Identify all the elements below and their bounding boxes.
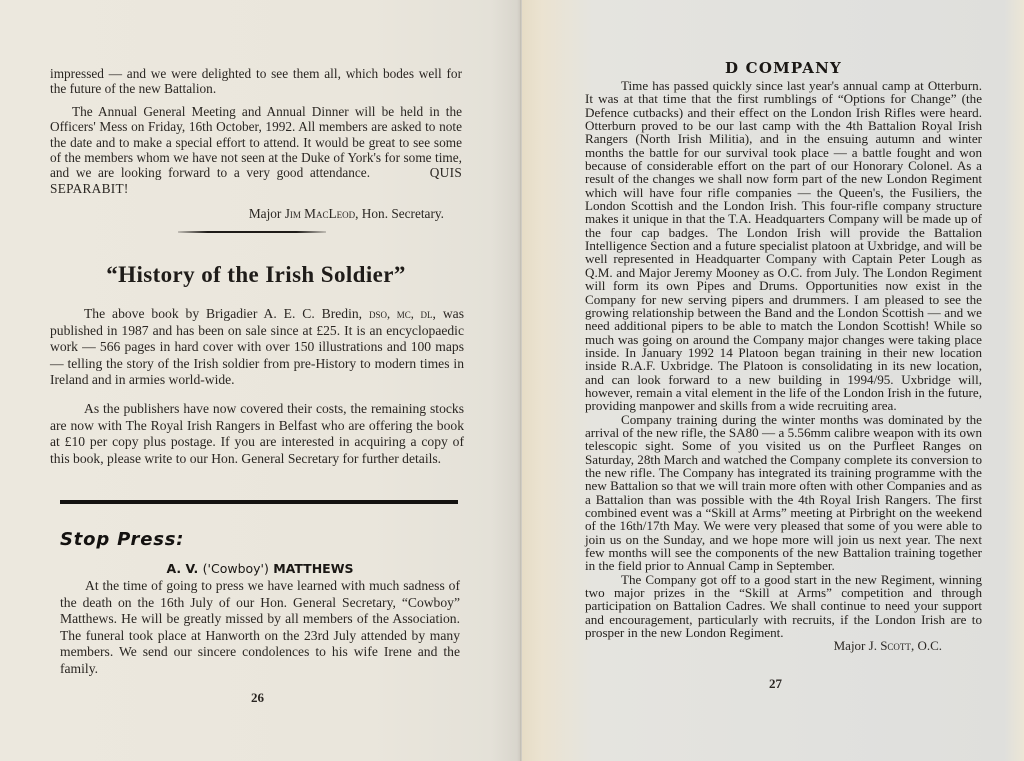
stop-press-heading: Stop Press: — [60, 529, 184, 550]
booklet-spread: impressed — and we were delighted to see… — [0, 0, 1024, 761]
obituary-paragraph: At the time of going to press we have le… — [60, 578, 460, 678]
obit-initials: A. V. — [166, 561, 202, 576]
signature-title: , Hon. Secretary. — [355, 206, 444, 221]
article-paragraph-1: Time has passed quickly since last year'… — [585, 79, 982, 413]
page-number-right: 27 — [769, 676, 782, 692]
book-p1-prefix: The above book by Brigadier A. E. C. Bre… — [84, 306, 369, 321]
secretary-signature: Major Jim MacLeod, Hon. Secretary. — [50, 206, 462, 222]
book-paragraph-1: The above book by Brigadier A. E. C. Bre… — [50, 306, 464, 389]
book-section: The above book by Brigadier A. E. C. Bre… — [50, 306, 464, 467]
right-page: D COMPANY Time has passed quickly since … — [522, 0, 1024, 761]
article-paragraph-2: Company training during the winter month… — [585, 413, 982, 573]
signature-rank: Major — [249, 206, 285, 221]
obituary-name: A. V. ('Cowboy') MATTHEWS — [60, 561, 460, 576]
article-paragraph-3: The Company got off to a good start in t… — [585, 573, 982, 640]
signature-name: Jim MacLeod — [285, 206, 355, 221]
oc-signature: Major J. Scott, O.C. — [585, 639, 982, 652]
d-company-title: D COMPANY — [585, 59, 982, 77]
agm-paragraph: The Annual General Meeting and Annual Di… — [50, 104, 462, 196]
obit-nickname: ('Cowboy') — [203, 561, 269, 576]
left-page: impressed — and we were delighted to see… — [0, 0, 522, 761]
page-number-left: 26 — [251, 690, 264, 706]
obituary: At the time of going to press we have le… — [60, 578, 460, 678]
obit-surname: MATTHEWS — [269, 561, 354, 576]
stop-press-divider — [60, 500, 458, 504]
book-section-title: “History of the Irish Soldier” — [50, 262, 462, 288]
oc-name: Scott — [880, 638, 911, 653]
club-notes-continuation: impressed — and we were delighted to see… — [50, 66, 462, 222]
continuation-paragraph: impressed — and we were delighted to see… — [50, 66, 462, 97]
oc-rank: Major J. — [834, 638, 881, 653]
oc-title: , O.C. — [911, 638, 942, 653]
section-divider — [178, 231, 326, 233]
d-company-article: Time has passed quickly since last year'… — [585, 79, 982, 653]
author-honours: dso, mc, dl — [369, 307, 433, 321]
agm-text: The Annual General Meeting and Annual Di… — [50, 104, 462, 181]
book-paragraph-2: As the publishers have now covered their… — [50, 401, 464, 467]
